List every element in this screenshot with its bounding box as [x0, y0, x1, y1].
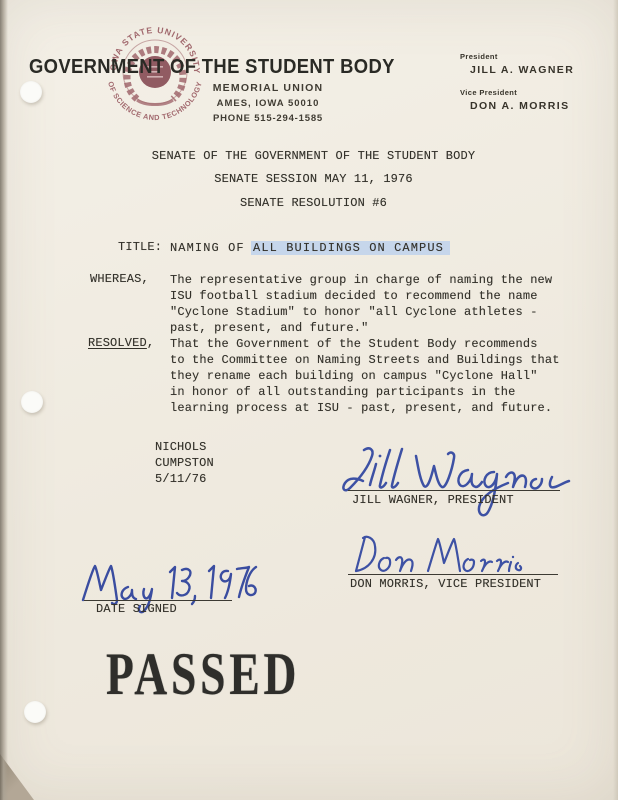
passed-stamp: PASSED: [106, 640, 300, 709]
whereas-text: The representative group in charge of na…: [170, 272, 570, 336]
scanned-document-page: IOWA STATE UNIVERSITY IOWA STATE UNIVERS…: [0, 0, 618, 800]
president-signature-line: [348, 490, 560, 491]
whereas-label: WHEREAS,: [90, 272, 149, 286]
vice-president-signature-line: [348, 574, 558, 575]
title-text: NAMING OF ALL BUILDINGS ON CAMPUS: [170, 240, 444, 256]
title-text-highlighted: ALL BUILDINGS ON CAMPUS: [253, 241, 444, 255]
heading-line-2: SENATE SESSION MAY 11, 1976: [0, 172, 618, 186]
date-signed-label: DATE SIGNED: [96, 602, 177, 616]
resolved-label-comma: ,: [147, 336, 154, 350]
vice-president-role-label: Vice President: [460, 88, 574, 97]
heading-line-3: SENATE RESOLUTION #6: [0, 196, 618, 210]
scan-edge-right: [613, 0, 618, 800]
resolved-text: That the Government of the Student Body …: [170, 336, 570, 416]
president-role-label: President: [460, 52, 574, 61]
president-name: JILL A. WAGNER: [470, 64, 574, 76]
punch-hole-bottom: [24, 701, 46, 723]
clerk-names-and-date: NICHOLS CUMPSTON 5/11/76: [155, 439, 214, 487]
resolved-label-word: RESOLVED: [88, 336, 147, 350]
organization-title: GOVERNMENT OF THE STUDENT BODY: [29, 56, 395, 79]
vice-president-name: DON A. MORRIS: [470, 100, 574, 112]
president-signature: Jill Wagner: [340, 440, 575, 522]
date-signed-line: [84, 600, 232, 601]
president-typed-name: JILL WAGNER, PRESIDENT: [352, 493, 514, 507]
punch-hole-middle: [21, 391, 43, 413]
resolved-label: RESOLVED,: [88, 336, 154, 350]
heading-line-1: SENATE OF THE GOVERNMENT OF THE STUDENT …: [0, 149, 618, 163]
punch-hole-top: [20, 81, 42, 103]
letterhead-address: MEMORIAL UNION AMES, IOWA 50010 PHONE 51…: [160, 82, 376, 124]
scan-edge-left: [0, 0, 8, 800]
officers-block: President JILL A. WAGNER Vice President …: [460, 52, 574, 124]
address-line-1: MEMORIAL UNION: [160, 82, 376, 94]
title-text-plain: NAMING OF: [170, 241, 253, 255]
title-label: TITLE:: [118, 240, 162, 254]
address-line-2: AMES, IOWA 50010: [160, 98, 376, 109]
address-line-3: PHONE 515-294-1585: [160, 113, 376, 124]
vice-president-typed-name: DON MORRIS, VICE PRESIDENT: [350, 577, 541, 591]
